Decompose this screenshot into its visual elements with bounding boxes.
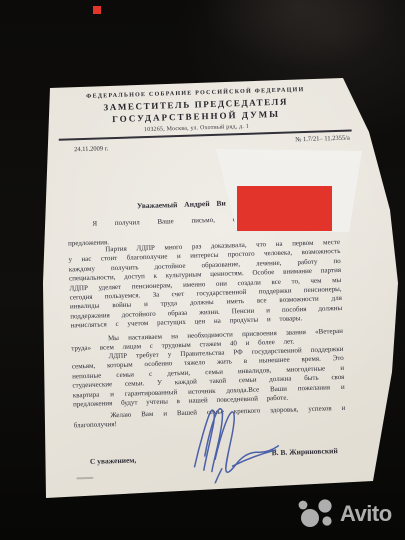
avito-logo-icon bbox=[294, 496, 338, 532]
salutation: Уважаемый Андрей Ви bbox=[137, 199, 226, 211]
intro-line-1: Я получил Ваше письмо, сп bbox=[67, 215, 239, 228]
redaction-box bbox=[237, 186, 332, 231]
listing-photo: ФЕДЕРАЛЬНОЕ СОБРАНИЕ РОССИЙСКОЙ ФЕДЕРАЦИ… bbox=[0, 0, 405, 540]
avito-watermark: Avito bbox=[294, 496, 392, 532]
paragraph: Партия ЛДПР много раз доказывала, что на… bbox=[68, 238, 343, 331]
redaction-dot bbox=[93, 6, 101, 14]
signature-scribble bbox=[180, 401, 285, 486]
print-code-mark bbox=[76, 477, 93, 480]
avito-wordmark: Avito bbox=[340, 503, 392, 525]
letter-date: 24.11.2009 г. bbox=[74, 145, 108, 153]
paragraph: ЛДПР требует у Правительства РФ государс… bbox=[71, 345, 345, 410]
closing-label: С уважением, bbox=[90, 455, 137, 465]
letter-ref-number: № 1.7/21– 11.2355/а bbox=[295, 135, 350, 147]
